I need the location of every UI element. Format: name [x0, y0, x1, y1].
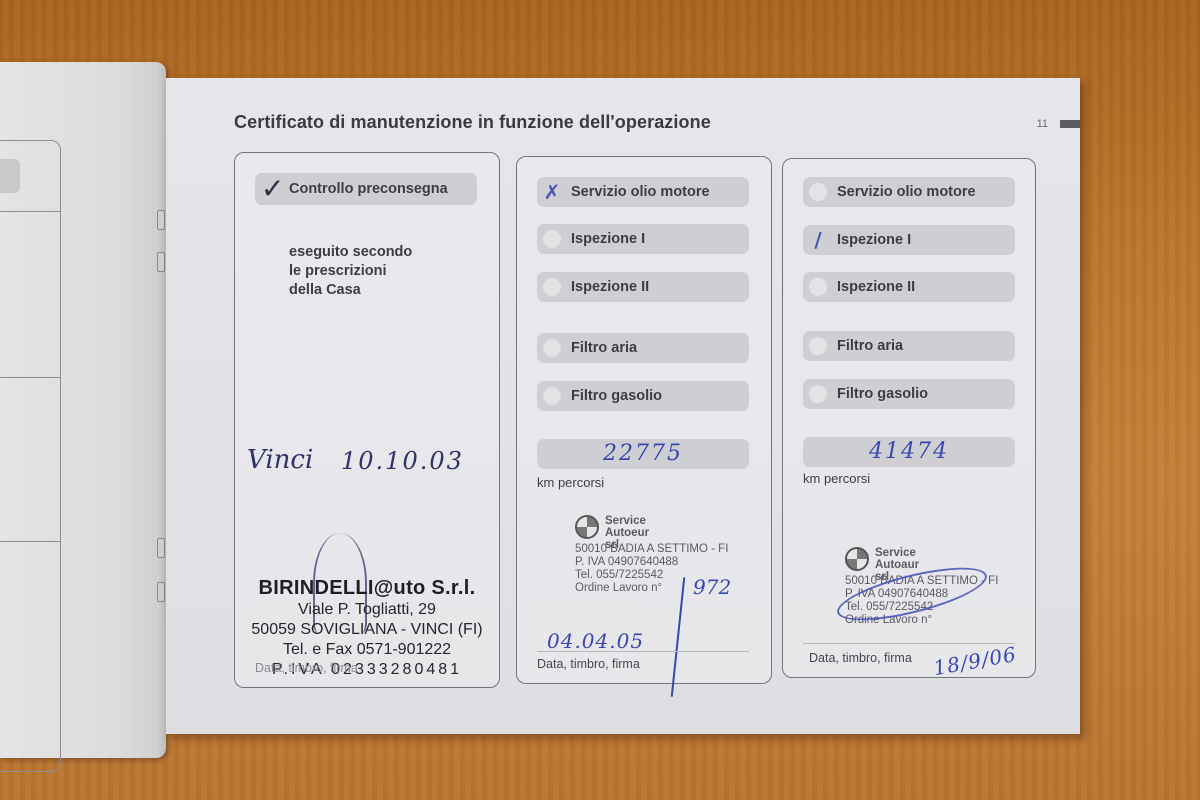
staple	[157, 538, 165, 558]
description-line: della Casa	[289, 281, 412, 300]
checklist-item-filtro-gasolio[interactable]: Filtro gasolio	[803, 379, 1015, 409]
left-page-frame	[0, 140, 61, 772]
km-label: km percorsi	[537, 475, 604, 490]
empty-checkbox-icon	[809, 337, 827, 355]
checklist-item-ispezione-1[interactable]: / Ispezione I	[803, 225, 1015, 255]
signature-line	[803, 643, 1015, 644]
description: eseguito secondo le prescrizioni della C…	[289, 243, 412, 300]
checklist-item-label: Ispezione II	[571, 279, 649, 295]
page-title: Certificato di manutenzione in funzione …	[234, 112, 711, 133]
checklist-item-label: Servizio olio motore	[837, 184, 976, 200]
bmw-logo-icon	[575, 515, 599, 539]
dealer-city: 50059 SOVIGLIANA - VINCI (FI)	[235, 620, 499, 640]
bmw-logo-icon	[845, 547, 869, 571]
checklist-item-label: Filtro aria	[837, 338, 903, 354]
checklist-item-label: Servizio olio motore	[571, 184, 710, 200]
empty-checkbox-icon	[809, 183, 827, 201]
checklist-item-label: Controllo preconsegna	[289, 181, 448, 197]
handwritten-place: Vinci	[247, 445, 313, 475]
empty-checkbox-icon	[809, 278, 827, 296]
date-stamp-signature-label: Data, timbro, firma	[809, 651, 912, 665]
km-field[interactable]: 41474	[803, 437, 1015, 467]
left-page	[0, 62, 166, 758]
order-number: 972	[693, 575, 731, 599]
description-line: eseguito secondo	[289, 243, 412, 262]
empty-checkbox-icon	[543, 230, 561, 248]
description-line: le prescrizioni	[289, 262, 412, 281]
divider	[0, 377, 60, 378]
checklist-item-filtro-aria[interactable]: Filtro aria	[537, 333, 749, 363]
service-card-1: ✗ Servizio olio motore Ispezione I Ispez…	[516, 156, 772, 684]
cross-mark-icon: ✗	[543, 183, 561, 201]
handwritten-date: 18/9/06	[932, 642, 1019, 680]
checklist-item-label: Filtro gasolio	[571, 388, 662, 404]
checklist-item-filtro-aria[interactable]: Filtro aria	[803, 331, 1015, 361]
empty-checkbox-icon	[543, 278, 561, 296]
empty-checkbox-icon	[543, 339, 561, 357]
checklist-item-label: Ispezione II	[837, 279, 915, 295]
checklist-item-label: Filtro gasolio	[837, 386, 928, 402]
dealer-phone: Tel. e Fax 0571-901222	[235, 640, 499, 660]
km-value: 41474	[869, 439, 949, 464]
km-value: 22775	[603, 441, 683, 466]
checklist-item-controllo-preconsegna[interactable]: ✓ Controllo preconsegna	[255, 173, 477, 205]
checklist-item-label: Ispezione I	[571, 231, 645, 247]
empty-checkbox-icon	[543, 387, 561, 405]
page-tab-marker	[1060, 120, 1080, 128]
checkmark-icon: ✓	[261, 180, 279, 198]
left-frame-tab	[0, 159, 20, 193]
checklist-item-filtro-gasolio[interactable]: Filtro gasolio	[537, 381, 749, 411]
staple	[157, 252, 165, 272]
checklist-item-ispezione-1[interactable]: Ispezione I	[537, 224, 749, 254]
divider	[0, 211, 60, 212]
bleed-through-text	[806, 114, 810, 132]
service-card-2: Servizio olio motore / Ispezione I Ispez…	[782, 158, 1036, 678]
dealer-name: BIRINDELLI@uto S.r.l.	[235, 577, 499, 600]
divider	[0, 541, 60, 542]
right-page: Certificato di manutenzione in funzione …	[166, 78, 1080, 734]
staple	[157, 210, 165, 230]
checklist-item-label: Filtro aria	[571, 340, 637, 356]
checklist-item-servizio-olio[interactable]: ✗ Servizio olio motore	[537, 177, 749, 207]
signature-stroke	[671, 577, 686, 697]
date-stamp-signature-label: Data, timbro, firma	[537, 657, 640, 671]
handwritten-date: 10.10.03	[341, 447, 464, 475]
handwritten-date: 04.04.05	[547, 629, 644, 653]
checklist-item-label: Ispezione I	[837, 232, 911, 248]
empty-checkbox-icon	[809, 385, 827, 403]
stamp-address: 50010 BADIA A SETTIMO - FI	[575, 543, 728, 556]
staple	[157, 582, 165, 602]
check-stroke-icon: /	[809, 231, 827, 249]
km-label: km percorsi	[803, 471, 870, 486]
checklist-item-servizio-olio[interactable]: Servizio olio motore	[803, 177, 1015, 207]
km-field[interactable]: 22775	[537, 439, 749, 469]
brand-line: Service	[605, 515, 649, 527]
page-number: 11	[1037, 118, 1048, 130]
date-stamp-signature-label: Data, timbro, firma	[255, 661, 358, 675]
checklist-item-ispezione-2[interactable]: Ispezione II	[537, 272, 749, 302]
checklist-item-ispezione-2[interactable]: Ispezione II	[803, 272, 1015, 302]
dealer-address: Viale P. Togliatti, 29	[235, 600, 499, 620]
signature-line	[537, 651, 749, 652]
predelivery-card: ✓ Controllo preconsegna eseguito secondo…	[234, 152, 500, 688]
brand-line: Service	[875, 547, 919, 559]
stamp-vat: P. IVA 04907640488	[575, 556, 728, 569]
